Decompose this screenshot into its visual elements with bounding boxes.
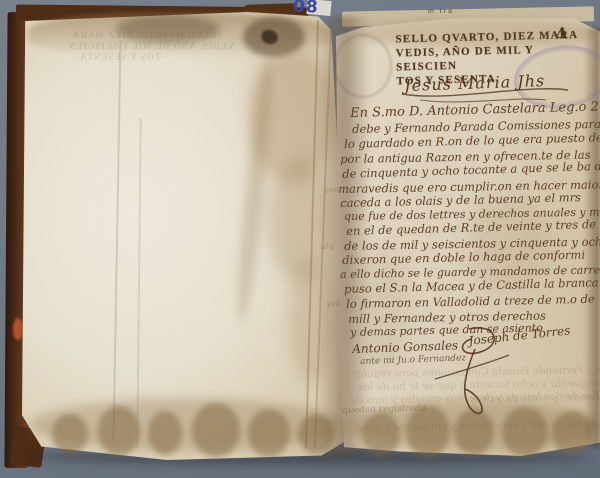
bleedthrough-text: SELLO QVARTO, DIEZ MARA bbox=[72, 30, 222, 40]
gutter-note: yva bbox=[326, 298, 341, 309]
royal-seal-imprint bbox=[334, 34, 392, 98]
red-wax-spot bbox=[13, 318, 23, 340]
gutter-note: alq bbox=[321, 241, 334, 251]
bleedthrough-text: TOS Y SESENTA. bbox=[76, 52, 161, 62]
left-page-blank bbox=[22, 12, 344, 460]
top-edge-inscription: m tra bbox=[428, 8, 454, 15]
gutter-note: sno bbox=[324, 185, 339, 195]
photo-of-open-manuscript-book: SELLO QVARTO, DIEZ MARA VEDIS, AÑO DE MI… bbox=[0, 0, 600, 478]
archival-number-label: 08 bbox=[292, 0, 319, 18]
bleedthrough-text: mill y Fernandez y otros derechos bbox=[470, 390, 600, 405]
bleedthrough-text: VEDIS, AÑO DE MIL Y SEISCIEN bbox=[68, 41, 234, 51]
